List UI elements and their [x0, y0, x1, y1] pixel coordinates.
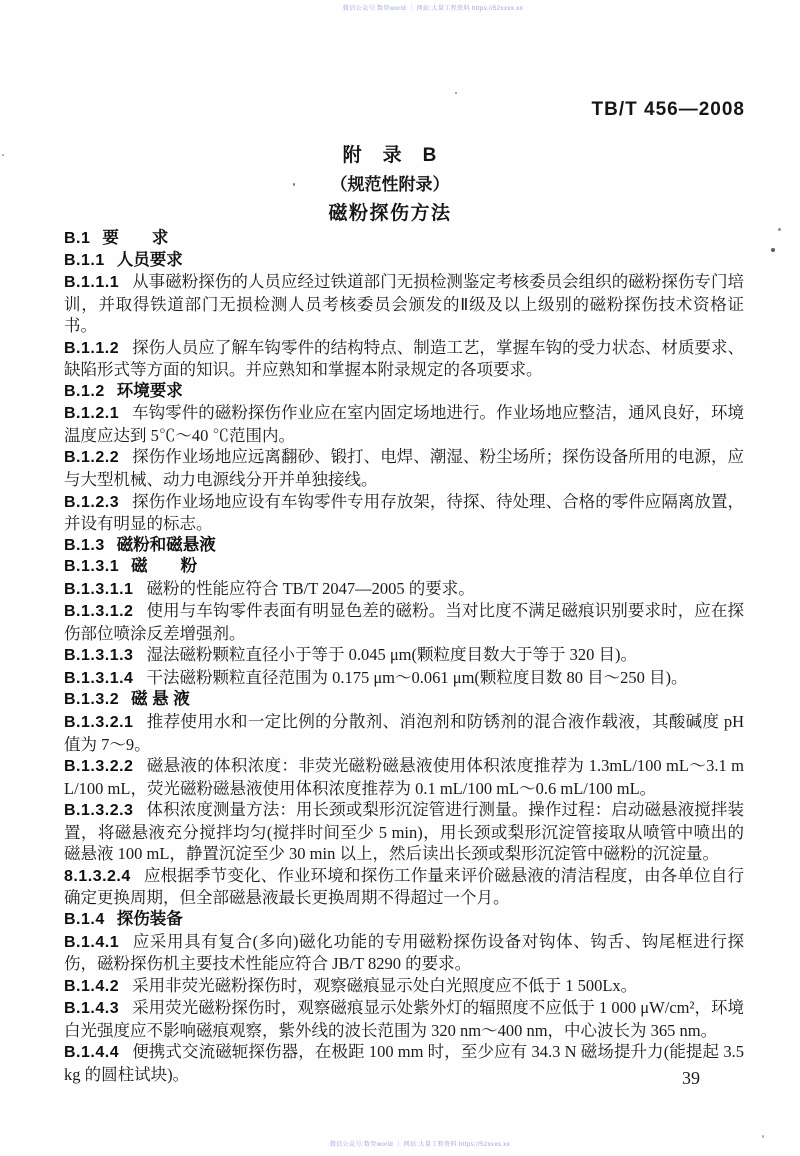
- clause-paragraph: B.1.3.2磁 悬 液: [64, 689, 744, 711]
- document-body: B.1要 求B.1.1人员要求B.1.1.1从事磁粉探伤的人员应经过铁道部门无损…: [64, 228, 744, 1085]
- clause-paragraph: B.1.4探伤装备: [64, 909, 744, 931]
- watermark-top: 微信公众号:数智world ｜ 网站:大量工程资料 https://52xxxx…: [343, 3, 523, 12]
- clause-paragraph: B.1.2环境要求: [64, 381, 744, 403]
- clause-number: B.1.3.1: [64, 558, 119, 575]
- clause-text: 磁悬液的体积浓度：非荧光磁粉磁悬液使用体积浓度推荐为 1.3mL/100 mL～…: [64, 756, 744, 798]
- watermark-bottom: 微信公众号:数智world ｜ 网站:大量工程资料 https://52xxxx…: [330, 1139, 510, 1148]
- clause-text: 体积浓度测量方法：用长颈或梨形沉淀管进行测量。操作过程：启动磁悬液搅拌装置，将磁…: [64, 800, 744, 863]
- clause-paragraph: B.1.3.1.2使用与车钩零件表面有明显色差的磁粉。当对比度不满足磁痕识别要求…: [64, 600, 744, 644]
- clause-paragraph: B.1.3.1磁 粉: [64, 556, 744, 578]
- clause-number: B.1.3.2: [64, 691, 119, 708]
- clause-text: 磁 粉: [131, 557, 197, 575]
- appendix-type: （规范性附录）: [0, 176, 780, 194]
- clause-paragraph: B.1.3.2.1推荐使用水和一定比例的分散剂、消泡剂和防锈剂的混合液作载液，其…: [64, 711, 744, 755]
- clause-text: 推荐使用水和一定比例的分散剂、消泡剂和防锈剂的混合液作载液，其酸碱度 pH 值为…: [64, 712, 744, 754]
- clause-text: 应根据季节变化、作业环境和探伤工作量来评价磁悬液的清洁程度，由各单位自行确定更换…: [64, 866, 744, 908]
- page-number: 39: [682, 1068, 700, 1089]
- clause-number: 8.1.3.2.4: [64, 868, 131, 885]
- standard-number: TB/T 456—2008: [592, 99, 745, 121]
- clause-number: B.1.4: [64, 911, 105, 928]
- scan-artifact: [2, 154, 4, 156]
- clause-paragraph: B.1.2.3探伤作业场地应设有车钩零件专用存放架，待探、待处理、合格的零件应隔…: [64, 491, 744, 535]
- clause-number: B.1.2.3: [64, 494, 119, 511]
- clause-number: B.1.1.1: [64, 274, 119, 291]
- clause-text: 车钩零件的磁粉探伤作业应在室内固定场地进行。作业场地应整洁，通风良好，环境温度应…: [64, 403, 744, 445]
- clause-number: B.1.4.3: [64, 1000, 119, 1017]
- clause-paragraph: B.1.3.1.4干法磁粉颗粒直径范围为 0.175 μm～0.061 μm(颗…: [64, 667, 744, 690]
- clause-number: B.1.3.1.4: [64, 670, 133, 687]
- clause-text: 探伤作业场地应设有车钩零件专用存放架，待探、待处理、合格的零件应隔离放置，并设有…: [64, 492, 744, 534]
- clause-paragraph: B.1.4.2采用非荧光磁粉探伤时，观察磁痕显示处白光照度应不低于 1 500L…: [64, 975, 744, 998]
- clause-text: 磁粉和磁悬液: [117, 536, 216, 554]
- clause-paragraph: B.1.4.3采用荧光磁粉探伤时，观察磁痕显示处紫外灯的辐照度不应低于 1 00…: [64, 997, 744, 1041]
- clause-text: 探伤作业场地应远离翻砂、锻打、电焊、潮湿、粉尘场所；探伤设备所用的电源，应与大型…: [64, 447, 744, 489]
- clause-text: 磁粉的性能应符合 TB/T 2047—2005 的要求。: [146, 579, 474, 598]
- clause-number: B.1.2: [64, 383, 105, 400]
- clause-number: B.1.3: [64, 537, 105, 554]
- scan-artifact: [293, 183, 295, 186]
- clause-text: 便携式交流磁轭探伤器，在极距 100 mm 时，至少应有 34.3 N 磁场提升…: [64, 1042, 744, 1084]
- clause-paragraph: B.1.3.1.1磁粉的性能应符合 TB/T 2047—2005 的要求。: [64, 578, 744, 601]
- clause-number: B.1.3.2.2: [64, 758, 133, 775]
- document-page: 微信公众号:数智world ｜ 网站:大量工程资料 https://52xxxx…: [0, 0, 800, 1156]
- clause-number: B.1.3.2.3: [64, 802, 133, 819]
- clause-number: B.1.2.2: [64, 449, 119, 466]
- scan-artifact: [455, 92, 457, 94]
- clause-number: B.1.2.1: [64, 405, 119, 422]
- clause-number: B.1.3.1.2: [64, 603, 133, 620]
- clause-paragraph: B.1.1.2探伤人员应了解车钩零件的结构特点、制造工艺，掌握车钩的受力状态、材…: [64, 337, 744, 381]
- clause-text: 磁 悬 液: [131, 690, 190, 708]
- clause-paragraph: B.1.1.1从事磁粉探伤的人员应经过铁道部门无损检测鉴定考核委员会组织的磁粉探…: [64, 271, 744, 337]
- clause-number: B.1.3.1.3: [64, 647, 133, 664]
- clause-paragraph: B.1.4.1应采用具有复合(多向)磁化功能的专用磁粉探伤设备对钩体、钩舌、钩尾…: [64, 931, 744, 975]
- clause-number: B.1.4.2: [64, 978, 119, 995]
- clause-text: 干法磁粉颗粒直径范围为 0.175 μm～0.061 μm(颗粒度目数 80 目…: [146, 668, 687, 687]
- appendix-name: 磁粉探伤方法: [0, 204, 780, 224]
- scan-artifact: [778, 228, 781, 231]
- clause-number: B.1: [64, 230, 90, 247]
- clause-paragraph: B.1.2.1车钩零件的磁粉探伤作业应在室内固定场地进行。作业场地应整洁，通风良…: [64, 402, 744, 446]
- clause-paragraph: 8.1.3.2.4应根据季节变化、作业环境和探伤工作量来评价磁悬液的清洁程度，由…: [64, 865, 744, 909]
- clause-number: B.1.4.4: [64, 1044, 119, 1061]
- clause-text: 采用荧光磁粉探伤时，观察磁痕显示处紫外灯的辐照度不应低于 1 000 μW/cm…: [64, 998, 744, 1040]
- clause-paragraph: B.1.3.2.2磁悬液的体积浓度：非荧光磁粉磁悬液使用体积浓度推荐为 1.3m…: [64, 755, 744, 799]
- clause-paragraph: B.1.2.2探伤作业场地应远离翻砂、锻打、电焊、潮湿、粉尘场所；探伤设备所用的…: [64, 446, 744, 490]
- clause-paragraph: B.1.3.2.3体积浓度测量方法：用长颈或梨形沉淀管进行测量。操作过程：启动磁…: [64, 799, 744, 865]
- appendix-title-block: 附 录 B （规范性附录） 磁粉探伤方法: [0, 146, 780, 224]
- clause-text: 使用与车钩零件表面有明显色差的磁粉。当对比度不满足磁痕识别要求时，应在探伤部位喷…: [64, 601, 744, 643]
- clause-paragraph: B.1.4.4便携式交流磁轭探伤器，在极距 100 mm 时，至少应有 34.3…: [64, 1041, 744, 1085]
- clause-text: 从事磁粉探伤的人员应经过铁道部门无损检测鉴定考核委员会组织的磁粉探伤专门培训，并…: [64, 272, 744, 335]
- clause-text: 探伤装备: [117, 910, 183, 928]
- clause-paragraph: B.1.3磁粉和磁悬液: [64, 535, 744, 557]
- clause-paragraph: B.1.1人员要求: [64, 250, 744, 272]
- clause-number: B.1.3.2.1: [64, 714, 133, 731]
- clause-paragraph: B.1要 求: [64, 228, 744, 250]
- scan-artifact: [771, 248, 775, 252]
- clause-number: B.1.3.1.1: [64, 581, 133, 598]
- clause-text: 应采用具有复合(多向)磁化功能的专用磁粉探伤设备对钩体、钩舌、钩尾框进行探伤，磁…: [64, 932, 744, 974]
- clause-number: B.1.4.1: [64, 934, 119, 951]
- clause-text: 环境要求: [117, 382, 183, 400]
- clause-text: 探伤人员应了解车钩零件的结构特点、制造工艺，掌握车钩的受力状态、材质要求、缺陷形…: [64, 338, 744, 380]
- clause-text: 湿法磁粉颗粒直径小于等于 0.045 μm(颗粒度目数大于等于 320 目)。: [146, 645, 637, 664]
- scan-artifact: [762, 1135, 764, 1138]
- clause-text: 人员要求: [117, 251, 183, 269]
- clause-text: 要 求: [102, 229, 168, 247]
- clause-text: 采用非荧光磁粉探伤时，观察磁痕显示处白光照度应不低于 1 500Lx。: [132, 976, 637, 995]
- clause-paragraph: B.1.3.1.3湿法磁粉颗粒直径小于等于 0.045 μm(颗粒度目数大于等于…: [64, 644, 744, 667]
- clause-number: B.1.1: [64, 252, 105, 269]
- appendix-label: 附 录 B: [0, 146, 780, 166]
- clause-number: B.1.1.2: [64, 340, 119, 357]
